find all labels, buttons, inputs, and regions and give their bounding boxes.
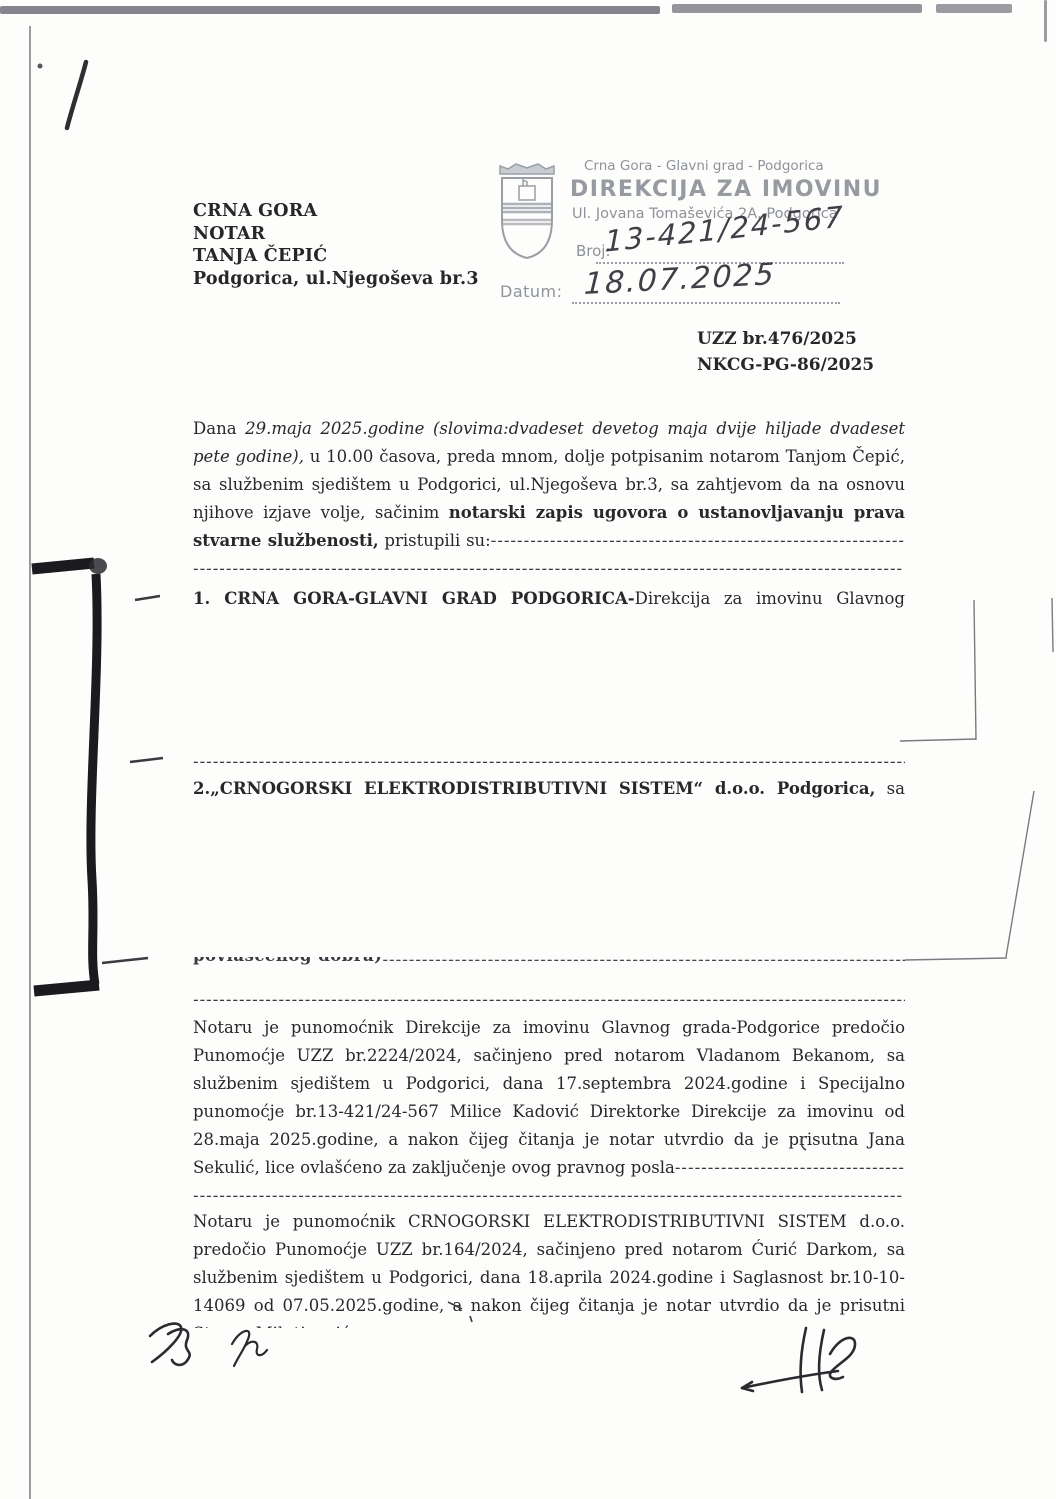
scan-edge-band	[672, 4, 922, 13]
notary-name: TANJA ČEPIĆ	[193, 245, 479, 268]
coat-of-arms-icon	[494, 160, 564, 268]
intro-text-3: pristupili su:	[379, 531, 491, 550]
proxy1-text: Notaru je punomoćnik Direkcije za imovin…	[193, 1018, 905, 1177]
proxy2-paragraph: Notaru je punomoćnik CRNOGORSKI ELEKTROD…	[193, 1208, 905, 1328]
clipped-text-box: povlašćenog dobra)	[193, 957, 382, 969]
uzz-number: UZZ br.476/2025	[697, 326, 874, 352]
intro-paragraph: Dana 29.maja 2025.godine (slovima:dvades…	[193, 415, 905, 583]
pen-dash-mark	[130, 758, 163, 762]
pen-dash-mark	[102, 958, 148, 963]
pen-slash-mark	[67, 62, 86, 128]
party1-line: 1. CRNA GORA-GLAVNI GRAD PODGORICA-Direk…	[193, 585, 905, 613]
scan-edge-line	[1044, 0, 1047, 42]
scanned-notary-document-page: CRNA GORA NOTAR TANJA ČEPIĆ Podgorica, u…	[0, 0, 1056, 1499]
country-name: CRNA GORA	[193, 200, 479, 223]
nkcg-number: NKCG-PG-86/2025	[697, 352, 874, 378]
intro-text-1: Dana	[193, 419, 245, 438]
stamp-date-label: Datum:	[500, 282, 563, 301]
proxy1-paragraph: Notaru je punomoćnik Direkcije za imovin…	[193, 1014, 905, 1214]
pen-dash-mark	[135, 596, 160, 600]
pen-dot	[38, 64, 43, 69]
stamp-region-line: Crna Gora - Glavni grad - Podgorica	[584, 158, 824, 174]
separator-dash-line: ----------------------------------------…	[193, 990, 905, 1009]
scan-edge-band	[0, 6, 660, 14]
notar-label: NOTAR	[193, 223, 479, 246]
binder-clip-artifact	[32, 558, 107, 991]
notary-address: Podgorica, ul.Njegoševa br.3	[193, 268, 479, 291]
party1-name-bold: 1. CRNA GORA-GLAVNI GRAD PODGORICA-	[193, 589, 635, 608]
initials-right-signature	[742, 1328, 855, 1392]
case-numbers: UZZ br.476/2025 NKCG-PG-86/2025	[697, 326, 874, 378]
paper-edge-artifacts	[900, 598, 1053, 960]
clipped-trailing-dashes: ----------------------------------------…	[382, 951, 905, 969]
initials-small-signature	[232, 1331, 267, 1366]
clipped-covered-line: povlašćenog dobra) ---------------------…	[193, 951, 905, 969]
left-margin-line	[29, 26, 31, 1499]
notary-header: CRNA GORA NOTAR TANJA ČEPIĆ Podgorica, u…	[193, 200, 479, 290]
initials-js-signature	[150, 1324, 190, 1365]
party2-name-bold: 2.„CRNOGORSKI ELEKTRODISTRIBUTIVNI SISTE…	[193, 779, 875, 798]
stamp-office-name: DIREKCIJA ZA IMOVINU	[570, 177, 882, 202]
scan-edge-band	[936, 4, 1012, 13]
stamp-date-underline	[572, 302, 840, 304]
separator-dash-line: ----------------------------------------…	[193, 752, 905, 771]
party2-line: 2.„CRNOGORSKI ELEKTRODISTRIBUTIVNI SISTE…	[193, 775, 905, 803]
clipped-text: povlašćenog dobra)	[193, 957, 382, 969]
proxy2-text: Notaru je punomoćnik CRNOGORSKI ELEKTROD…	[193, 1212, 905, 1328]
received-stamp: Crna Gora - Glavni grad - Podgorica DIRE…	[492, 150, 862, 315]
